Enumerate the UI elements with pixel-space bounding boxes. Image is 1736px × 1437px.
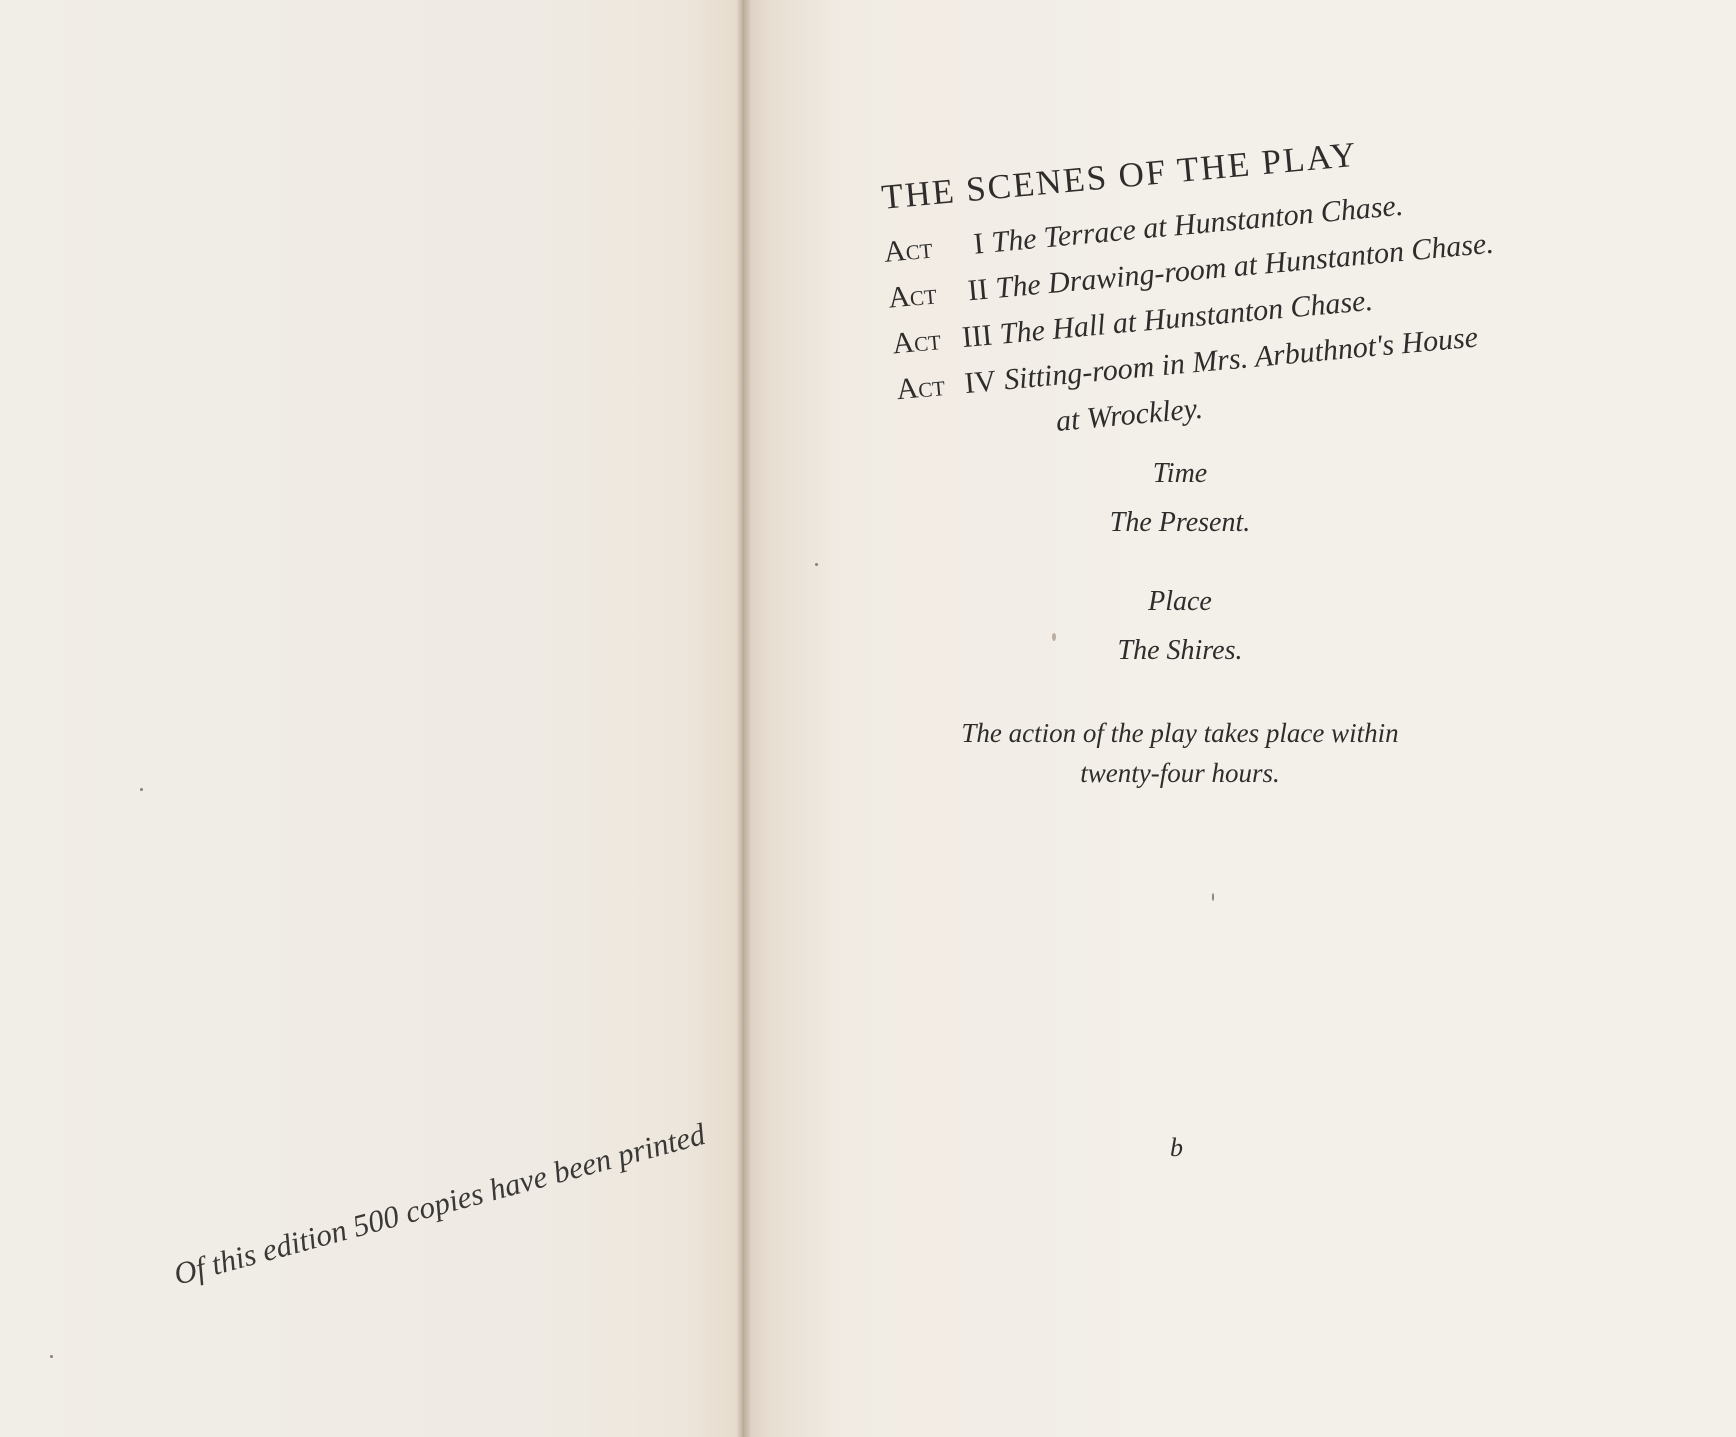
book-gutter [736,0,750,1437]
time-heading: Time [1100,458,1260,490]
act-label: Act [890,317,942,367]
note-line: twenty-four hours. [920,753,1440,793]
paper-speck [50,1355,53,1358]
page-signature: b [1170,1133,1183,1163]
act-label: Act [895,363,947,413]
paper-speck [1052,633,1056,641]
place-heading: Place [1100,586,1260,618]
play-duration-note: The action of the play takes place withi… [920,713,1440,793]
act-numeral: II [966,267,990,315]
paper-speck [815,563,818,566]
act-numeral: IV [963,358,999,407]
paper-speck [1212,893,1214,901]
place-value: The Shires. [1060,635,1300,667]
act-label: Act [886,271,938,321]
time-value: The Present. [1060,507,1300,539]
paper-speck [140,788,143,791]
note-line: The action of the play takes place withi… [920,713,1440,753]
act-numeral: I [972,221,986,268]
act-numeral: III [960,313,994,362]
act-label: Act [882,226,934,276]
